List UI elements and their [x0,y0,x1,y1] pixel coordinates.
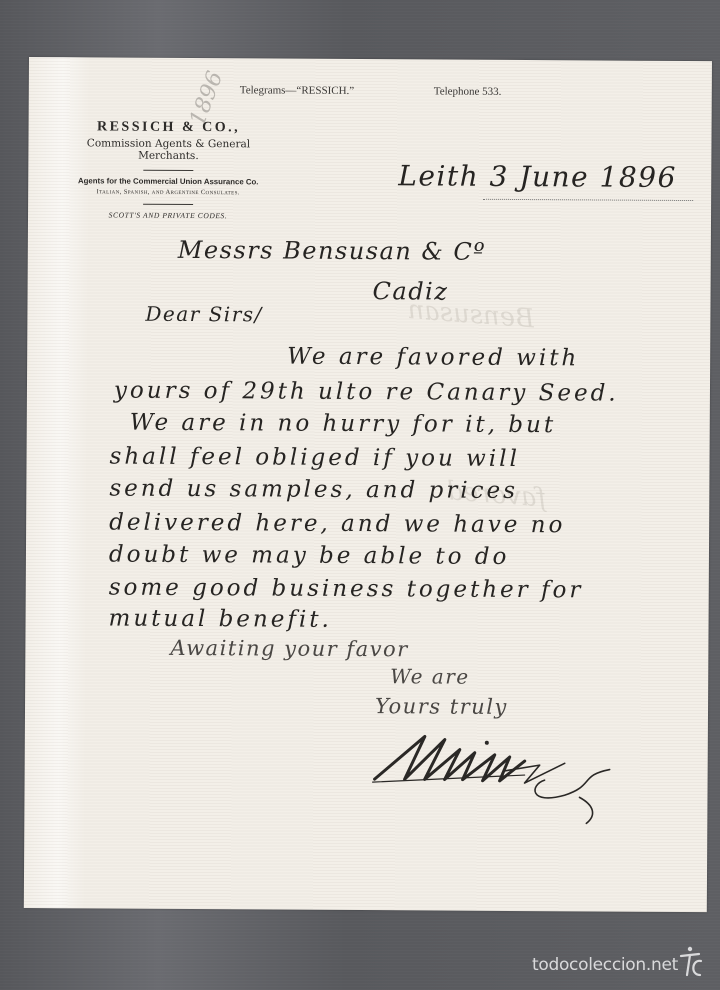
body-line: send us samples, and prices [109,475,518,503]
agency-line: Agents for the Commercial Union Assuranc… [58,176,278,186]
body-line: doubt we may be able to do [109,541,510,569]
recipient-city: Cadiz [372,277,448,305]
recipient-name: Messrs Bensusan & Cº [178,236,486,266]
body-line: mutual benefit. [108,605,331,632]
dateline-rule [483,199,693,201]
letter-paper: Bensusan favored 1896 Telegrams—“RESSICH… [24,57,712,912]
letterhead-divider [143,204,193,205]
body-line: shall feel obliged if you will [109,443,519,472]
tc-logo-icon [678,945,704,979]
telegrams-line: Telegrams—“RESSICH.” [240,84,354,97]
consulates-line: Italian, Spanish, and Argentine Consulat… [58,188,278,196]
firm-description: Commission Agents & General Merchants. [58,137,278,162]
letterhead: RESSICH & CO., Commission Agents & Gener… [58,119,279,220]
letterhead-divider [143,170,193,171]
codes-line: SCOTT'S AND PRIVATE CODES. [58,210,278,220]
body-line: some good business together for [109,574,584,603]
body-line: We are favored with [287,344,579,372]
telephone-line: Telephone 533. [434,85,502,97]
closing-line: We are [390,664,470,688]
signature [364,724,625,826]
closing-line: Awaiting your favor [170,636,408,661]
closing-line: Yours truly [375,694,508,719]
body-line: yours of 29th ulto re Canary Seed. [114,378,619,407]
salutation: Dear Sirs/ [145,302,263,327]
body-line: We are in no hurry for it, but [130,410,557,439]
firm-name: RESSICH & CO., [59,119,279,136]
watermark-text: todocoleccion.net [532,955,678,975]
body-line: delivered here, and we have no [109,509,565,538]
dateline: Leith 3 June 1896 [398,159,677,194]
